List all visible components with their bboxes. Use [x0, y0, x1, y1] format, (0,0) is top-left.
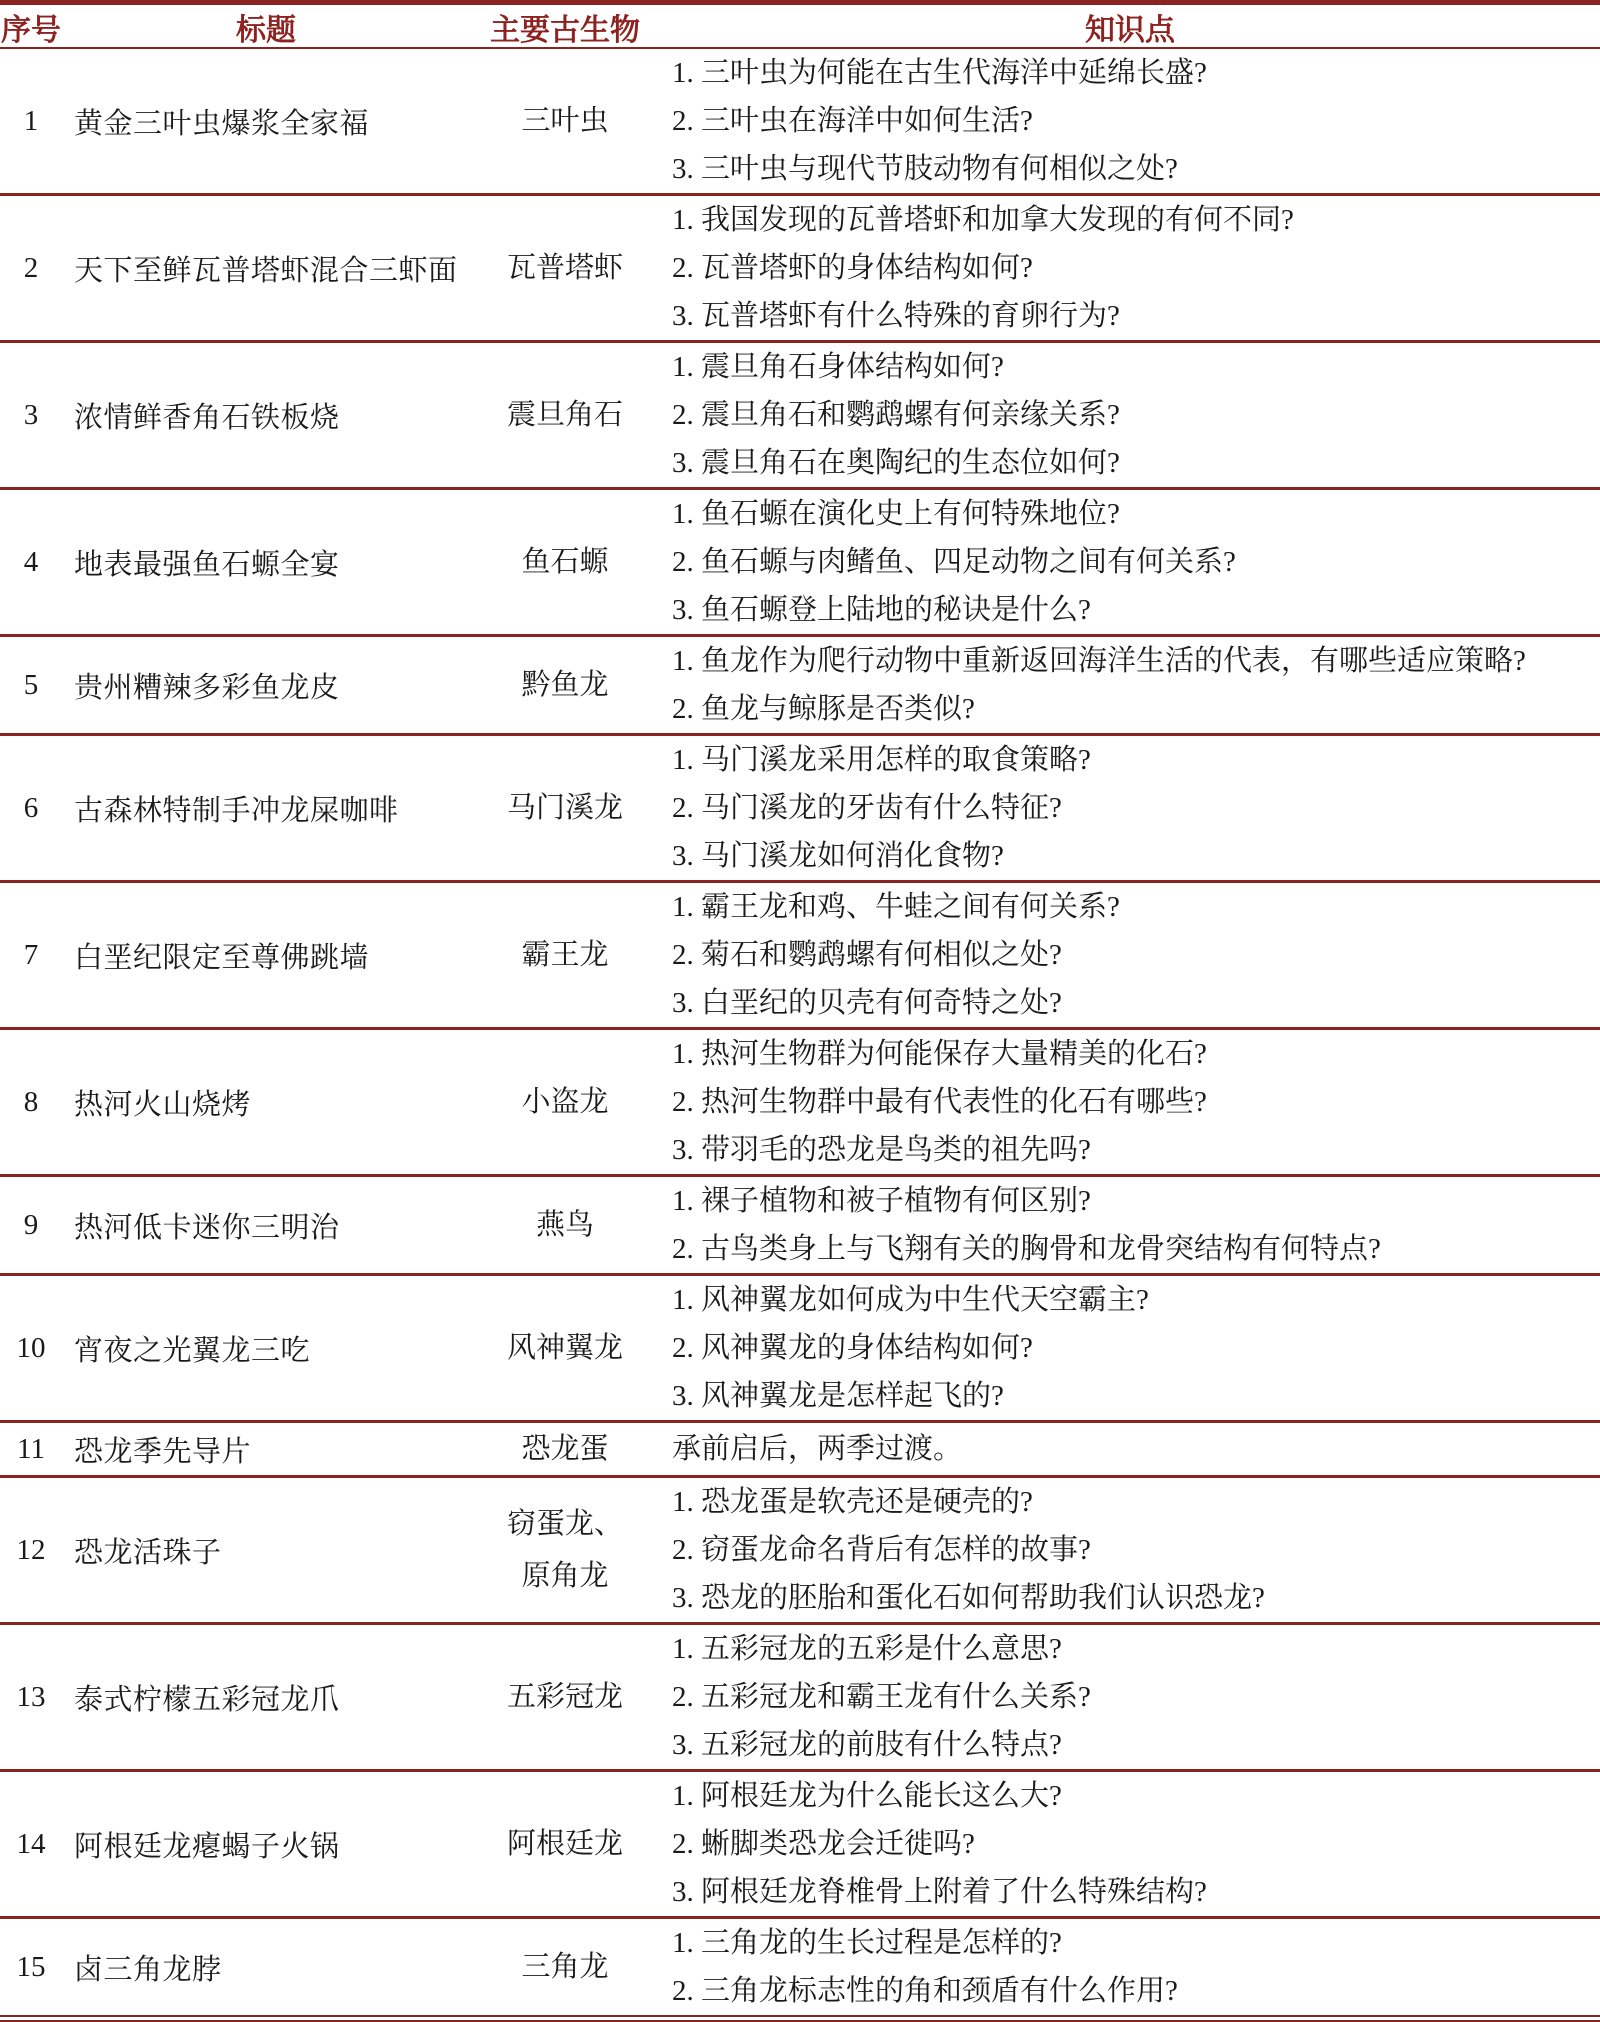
episode-title: 黄金三叶虫爆浆全家福: [62, 101, 470, 142]
knowledge-point-line: 3. 三叶虫与现代节肢动物有何相似之处?: [660, 145, 1600, 193]
episode-title: 古森林特制手冲龙屎咖啡: [62, 788, 470, 829]
episode-number: 3: [0, 399, 62, 432]
knowledge-point-line: 1. 三角龙的生长过程是怎样的?: [660, 1919, 1600, 1967]
episode-number: 6: [0, 792, 62, 825]
knowledge-point-line: 2. 古鸟类身上与飞翔有关的胸骨和龙骨突结构有何特点?: [660, 1225, 1600, 1273]
knowledge-point-line: 2. 震旦角石和鹦鹉螺有何亲缘关系?: [660, 391, 1600, 439]
table-row: 11 恐龙季先导片 恐龙蛋 承前启后，两季过渡。: [0, 1423, 1600, 1478]
episode-table: 序号 标题 主要古生物 知识点 1 黄金三叶虫爆浆全家福 三叶虫 1. 三叶虫为…: [0, 0, 1600, 2022]
main-organism: 窃蛋龙、原角龙: [470, 1498, 660, 1602]
table-row: 1 黄金三叶虫爆浆全家福 三叶虫 1. 三叶虫为何能在古生代海洋中延绵长盛?2.…: [0, 49, 1600, 196]
main-organism: 马门溪龙: [470, 782, 660, 834]
episode-number: 15: [0, 1951, 62, 1984]
organism-line: 阿根廷龙: [470, 1818, 660, 1870]
main-organism: 风神翼龙: [470, 1322, 660, 1374]
table-row: 8 热河火山烧烤 小盗龙 1. 热河生物群为何能保存大量精美的化石?2. 热河生…: [0, 1030, 1600, 1177]
knowledge-point-line: 3. 震旦角石在奥陶纪的生态位如何?: [660, 439, 1600, 487]
episode-title: 天下至鲜瓦普塔虾混合三虾面: [62, 248, 470, 289]
knowledge-points: 1. 霸王龙和鸡、牛蛙之间有何关系?2. 菊石和鹦鹉螺有何相似之处?3. 白垩纪…: [660, 883, 1600, 1027]
episode-number: 14: [0, 1828, 62, 1861]
knowledge-points: 1. 五彩冠龙的五彩是什么意思?2. 五彩冠龙和霸王龙有什么关系?3. 五彩冠龙…: [660, 1625, 1600, 1769]
knowledge-points: 1. 鱼石螈在演化史上有何特殊地位?2. 鱼石螈与肉鳍鱼、四足动物之间有何关系?…: [660, 490, 1600, 634]
organism-line: 霸王龙: [470, 929, 660, 981]
knowledge-point-line: 2. 鱼龙与鲸豚是否类似?: [660, 685, 1600, 733]
table-row: 10 宵夜之光翼龙三吃 风神翼龙 1. 风神翼龙如何成为中生代天空霸主?2. 风…: [0, 1276, 1600, 1423]
knowledge-points: 1. 三角龙的生长过程是怎样的?2. 三角龙标志性的角和颈盾有什么作用?: [660, 1919, 1600, 2015]
organism-line: 鱼石螈: [470, 536, 660, 588]
episode-number: 12: [0, 1534, 62, 1567]
episode-title: 阿根廷龙瘪蝎子火锅: [62, 1824, 470, 1865]
knowledge-point-line: 2. 窃蛋龙命名背后有怎样的故事?: [660, 1526, 1600, 1574]
organism-line: 黔鱼龙: [470, 659, 660, 711]
knowledge-point-line: 承前启后，两季过渡。: [660, 1425, 1600, 1473]
organism-line: 燕鸟: [470, 1199, 660, 1251]
episode-title: 白垩纪限定至尊佛跳墙: [62, 935, 470, 976]
episode-number: 13: [0, 1681, 62, 1714]
main-organism: 阿根廷龙: [470, 1818, 660, 1870]
knowledge-point-line: 2. 瓦普塔虾的身体结构如何?: [660, 244, 1600, 292]
table-row: 2 天下至鲜瓦普塔虾混合三虾面 瓦普塔虾 1. 我国发现的瓦普塔虾和加拿大发现的…: [0, 196, 1600, 343]
knowledge-point-line: 2. 马门溪龙的牙齿有什么特征?: [660, 784, 1600, 832]
knowledge-point-line: 1. 裸子植物和被子植物有何区别?: [660, 1177, 1600, 1225]
table-row: 4 地表最强鱼石螈全宴 鱼石螈 1. 鱼石螈在演化史上有何特殊地位?2. 鱼石螈…: [0, 490, 1600, 637]
episode-title: 泰式柠檬五彩冠龙爪: [62, 1677, 470, 1718]
knowledge-points: 1. 风神翼龙如何成为中生代天空霸主?2. 风神翼龙的身体结构如何?3. 风神翼…: [660, 1276, 1600, 1420]
organism-line: 马门溪龙: [470, 782, 660, 834]
table-row: 15 卤三角龙脖 三角龙 1. 三角龙的生长过程是怎样的?2. 三角龙标志性的角…: [0, 1919, 1600, 2015]
knowledge-point-line: 1. 三叶虫为何能在古生代海洋中延绵长盛?: [660, 49, 1600, 97]
table-row: 14 阿根廷龙瘪蝎子火锅 阿根廷龙 1. 阿根廷龙为什么能长这么大?2. 蜥脚类…: [0, 1772, 1600, 1919]
knowledge-point-line: 1. 我国发现的瓦普塔虾和加拿大发现的有何不同?: [660, 196, 1600, 244]
main-organism: 鱼石螈: [470, 536, 660, 588]
organism-line: 原角龙: [470, 1550, 660, 1602]
episode-number: 5: [0, 669, 62, 702]
table-body: 1 黄金三叶虫爆浆全家福 三叶虫 1. 三叶虫为何能在古生代海洋中延绵长盛?2.…: [0, 49, 1600, 2015]
episode-number: 11: [0, 1433, 62, 1466]
knowledge-points: 1. 我国发现的瓦普塔虾和加拿大发现的有何不同?2. 瓦普塔虾的身体结构如何?3…: [660, 196, 1600, 340]
organism-line: 风神翼龙: [470, 1322, 660, 1374]
knowledge-point-line: 2. 蜥脚类恐龙会迁徙吗?: [660, 1820, 1600, 1868]
episode-title: 热河火山烧烤: [62, 1082, 470, 1123]
knowledge-point-line: 3. 鱼石螈登上陆地的秘诀是什么?: [660, 586, 1600, 634]
organism-line: 震旦角石: [470, 389, 660, 441]
table-row: 3 浓情鲜香角石铁板烧 震旦角石 1. 震旦角石身体结构如何?2. 震旦角石和鹦…: [0, 343, 1600, 490]
knowledge-point-line: 1. 恐龙蛋是软壳还是硬壳的?: [660, 1478, 1600, 1526]
episode-number: 9: [0, 1209, 62, 1242]
knowledge-points: 1. 裸子植物和被子植物有何区别?2. 古鸟类身上与飞翔有关的胸骨和龙骨突结构有…: [660, 1177, 1600, 1273]
table-row: 5 贵州糟辣多彩鱼龙皮 黔鱼龙 1. 鱼龙作为爬行动物中重新返回海洋生活的代表，…: [0, 637, 1600, 736]
knowledge-point-line: 1. 阿根廷龙为什么能长这么大?: [660, 1772, 1600, 1820]
episode-title: 热河低卡迷你三明治: [62, 1205, 470, 1246]
knowledge-points: 承前启后，两季过渡。: [660, 1425, 1600, 1473]
episode-number: 4: [0, 546, 62, 579]
episode-number: 10: [0, 1332, 62, 1365]
knowledge-points: 1. 热河生物群为何能保存大量精美的化石?2. 热河生物群中最有代表性的化石有哪…: [660, 1030, 1600, 1174]
knowledge-point-line: 3. 恐龙的胚胎和蛋化石如何帮助我们认识恐龙?: [660, 1574, 1600, 1622]
main-organism: 恐龙蛋: [470, 1423, 660, 1475]
knowledge-point-line: 2. 三叶虫在海洋中如何生活?: [660, 97, 1600, 145]
knowledge-points: 1. 马门溪龙采用怎样的取食策略?2. 马门溪龙的牙齿有什么特征?3. 马门溪龙…: [660, 736, 1600, 880]
organism-line: 窃蛋龙、: [470, 1498, 660, 1550]
knowledge-point-line: 1. 热河生物群为何能保存大量精美的化石?: [660, 1030, 1600, 1078]
knowledge-point-line: 2. 风神翼龙的身体结构如何?: [660, 1324, 1600, 1372]
main-organism: 黔鱼龙: [470, 659, 660, 711]
knowledge-point-line: 1. 风神翼龙如何成为中生代天空霸主?: [660, 1276, 1600, 1324]
main-organism: 霸王龙: [470, 929, 660, 981]
knowledge-points: 1. 鱼龙作为爬行动物中重新返回海洋生活的代表，有哪些适应策略?2. 鱼龙与鲸豚…: [660, 637, 1600, 733]
table-row: 9 热河低卡迷你三明治 燕鸟 1. 裸子植物和被子植物有何区别?2. 古鸟类身上…: [0, 1177, 1600, 1276]
episode-number: 2: [0, 252, 62, 285]
organism-line: 瓦普塔虾: [470, 242, 660, 294]
episode-title: 恐龙季先导片: [62, 1429, 470, 1470]
episode-title: 贵州糟辣多彩鱼龙皮: [62, 665, 470, 706]
column-header-knowledge: 知识点: [660, 5, 1600, 49]
organism-line: 恐龙蛋: [470, 1423, 660, 1475]
main-organism: 瓦普塔虾: [470, 242, 660, 294]
main-organism: 五彩冠龙: [470, 1671, 660, 1723]
knowledge-point-line: 3. 五彩冠龙的前肢有什么特点?: [660, 1721, 1600, 1769]
knowledge-point-line: 3. 风神翼龙是怎样起飞的?: [660, 1372, 1600, 1420]
column-header-title: 标题: [62, 5, 470, 49]
knowledge-point-line: 1. 五彩冠龙的五彩是什么意思?: [660, 1625, 1600, 1673]
knowledge-point-line: 2. 热河生物群中最有代表性的化石有哪些?: [660, 1078, 1600, 1126]
knowledge-points: 1. 阿根廷龙为什么能长这么大?2. 蜥脚类恐龙会迁徙吗?3. 阿根廷龙脊椎骨上…: [660, 1772, 1600, 1916]
knowledge-point-line: 2. 鱼石螈与肉鳍鱼、四足动物之间有何关系?: [660, 538, 1600, 586]
organism-line: 五彩冠龙: [470, 1671, 660, 1723]
knowledge-point-line: 1. 霸王龙和鸡、牛蛙之间有何关系?: [660, 883, 1600, 931]
knowledge-points: 1. 震旦角石身体结构如何?2. 震旦角石和鹦鹉螺有何亲缘关系?3. 震旦角石在…: [660, 343, 1600, 487]
table-row: 13 泰式柠檬五彩冠龙爪 五彩冠龙 1. 五彩冠龙的五彩是什么意思?2. 五彩冠…: [0, 1625, 1600, 1772]
knowledge-points: 1. 恐龙蛋是软壳还是硬壳的?2. 窃蛋龙命名背后有怎样的故事?3. 恐龙的胚胎…: [660, 1478, 1600, 1622]
episode-number: 1: [0, 105, 62, 138]
main-organism: 燕鸟: [470, 1199, 660, 1251]
knowledge-point-line: 2. 五彩冠龙和霸王龙有什么关系?: [660, 1673, 1600, 1721]
knowledge-point-line: 3. 阿根廷龙脊椎骨上附着了什么特殊结构?: [660, 1868, 1600, 1916]
episode-title: 恐龙活珠子: [62, 1530, 470, 1571]
knowledge-point-line: 1. 鱼龙作为爬行动物中重新返回海洋生活的代表，有哪些适应策略?: [660, 637, 1600, 685]
knowledge-point-line: 1. 马门溪龙采用怎样的取食策略?: [660, 736, 1600, 784]
episode-number: 8: [0, 1086, 62, 1119]
main-organism: 三角龙: [470, 1941, 660, 1993]
main-organism: 震旦角石: [470, 389, 660, 441]
organism-line: 三角龙: [470, 1941, 660, 1993]
knowledge-point-line: 1. 鱼石螈在演化史上有何特殊地位?: [660, 490, 1600, 538]
main-organism: 小盗龙: [470, 1076, 660, 1128]
knowledge-points: 1. 三叶虫为何能在古生代海洋中延绵长盛?2. 三叶虫在海洋中如何生活?3. 三…: [660, 49, 1600, 193]
table-row: 6 古森林特制手冲龙屎咖啡 马门溪龙 1. 马门溪龙采用怎样的取食策略?2. 马…: [0, 736, 1600, 883]
column-header-organism: 主要古生物: [470, 5, 660, 49]
knowledge-point-line: 3. 瓦普塔虾有什么特殊的育卵行为?: [660, 292, 1600, 340]
knowledge-point-line: 1. 震旦角石身体结构如何?: [660, 343, 1600, 391]
table-row: 12 恐龙活珠子 窃蛋龙、原角龙 1. 恐龙蛋是软壳还是硬壳的?2. 窃蛋龙命名…: [0, 1478, 1600, 1625]
table-row: 7 白垩纪限定至尊佛跳墙 霸王龙 1. 霸王龙和鸡、牛蛙之间有何关系?2. 菊石…: [0, 883, 1600, 1030]
knowledge-point-line: 2. 菊石和鹦鹉螺有何相似之处?: [660, 931, 1600, 979]
knowledge-point-line: 3. 白垩纪的贝壳有何奇特之处?: [660, 979, 1600, 1027]
table-header-row: 序号 标题 主要古生物 知识点: [0, 5, 1600, 49]
column-header-no: 序号: [0, 5, 62, 49]
knowledge-point-line: 3. 马门溪龙如何消化食物?: [660, 832, 1600, 880]
organism-line: 小盗龙: [470, 1076, 660, 1128]
knowledge-point-line: 2. 三角龙标志性的角和颈盾有什么作用?: [660, 1967, 1600, 2015]
episode-title: 地表最强鱼石螈全宴: [62, 542, 470, 583]
episode-title: 宵夜之光翼龙三吃: [62, 1328, 470, 1369]
episode-title: 浓情鲜香角石铁板烧: [62, 395, 470, 436]
organism-line: 三叶虫: [470, 95, 660, 147]
episode-number: 7: [0, 939, 62, 972]
main-organism: 三叶虫: [470, 95, 660, 147]
knowledge-point-line: 3. 带羽毛的恐龙是鸟类的祖先吗?: [660, 1126, 1600, 1174]
episode-title: 卤三角龙脖: [62, 1947, 470, 1988]
